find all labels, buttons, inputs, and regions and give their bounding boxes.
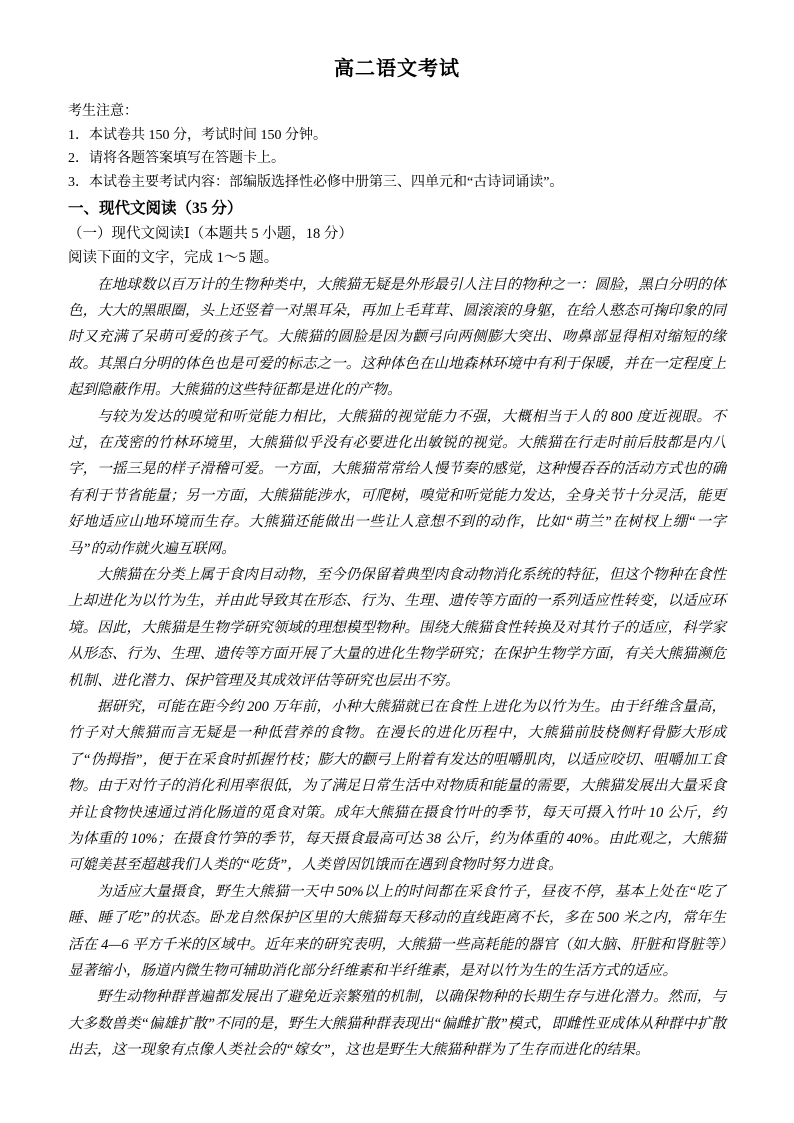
notice-item-3: 3．本试卷主要考试内容：部编版选择性必修中册第三、四单元和“古诗词诵读”。 bbox=[68, 171, 726, 195]
passage-paragraph-1: 在地球数以百万计的生物种类中，大熊猫无疑是外形最引人注目的物种之一：圆脸，黑白分… bbox=[68, 272, 726, 404]
notice-section: 考生注意： 1．本试卷共 150 分，考试时间 150 分钟。 2．请将各题答案… bbox=[68, 100, 726, 194]
exam-title: 高二语文考试 bbox=[68, 56, 726, 82]
part-heading-reading-1: （一）现代文阅读Ⅰ（本题共 5 小题，18 分） bbox=[68, 222, 726, 246]
passage-paragraph-3: 大熊猫在分类上属于食肉目动物，至今仍保留着典型肉食动物消化系统的特征，但这个物种… bbox=[68, 562, 726, 694]
notice-label: 考生注意： bbox=[68, 100, 726, 124]
passage-paragraph-4: 据研究，可能在距今约 200 万年前，小种大熊猫就已在食性上进化为以竹为生。由于… bbox=[68, 694, 726, 879]
passage-paragraph-5: 为适应大量摄食，野生大熊猫一天中 50%以上的时间都在采食竹子，昼夜不停，基本上… bbox=[68, 879, 726, 985]
section-heading-modern-reading: 一、现代文阅读（35 分） bbox=[68, 197, 726, 222]
reading-instruction: 阅读下面的文字，完成 1～5 题。 bbox=[68, 246, 726, 270]
notice-item-2: 2．请将各题答案填写在答题卡上。 bbox=[68, 147, 726, 171]
passage-paragraph-2: 与较为发达的嗅觉和听觉能力相比，大熊猫的视觉能力不强，大概相当于人的 800 度… bbox=[68, 404, 726, 562]
notice-item-1: 1．本试卷共 150 分，考试时间 150 分钟。 bbox=[68, 124, 726, 148]
reading-passage: 在地球数以百万计的生物种类中，大熊猫无疑是外形最引人注目的物种之一：圆脸，黑白分… bbox=[68, 272, 726, 1064]
exam-page: 高二语文考试 考生注意： 1．本试卷共 150 分，考试时间 150 分钟。 2… bbox=[0, 0, 794, 1123]
passage-paragraph-6: 野生动物种群普遍都发展出了避免近亲繁殖的机制，以确保物种的长期生存与进化潜力。然… bbox=[68, 984, 726, 1063]
